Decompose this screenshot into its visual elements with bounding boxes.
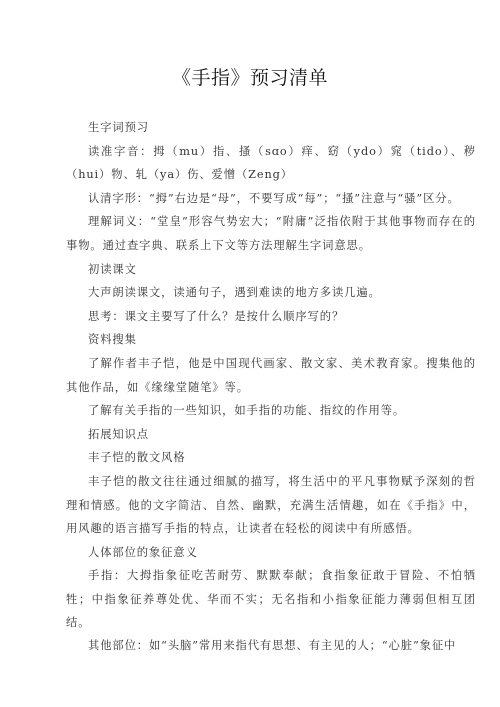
paragraph-fingers-symbolism: 手指：大拇指象征吃苦耐劳、默默奉献；食指象征敢于冒险、不怕牺牲；中指象征养尊处优… [66,564,476,635]
paragraph-other-parts: 其他部位：如“头脑”常用来指代有思想、有主见的人；“心脏”象征中 [66,637,476,655]
document-title: 《手指》预习清单 [0,63,500,90]
section-heading-vocab: 生字词预习 [66,116,476,140]
section-heading-research: 资料搜集 [66,328,476,352]
section-heading-first-reading: 初读课文 [66,258,476,282]
paragraph-pronunciation: 读准字音：拇（mu）指、搔（sɑo）痒、窈（ydo）窕（tido）、秽（hui）… [66,140,476,187]
paragraph-finger-knowledge: 了解有关手指的一些知识，如手指的功能、指纹的作用等。 [66,399,476,423]
document-body: 生字词预习 读准字音：拇（mu）指、搔（sɑo）痒、窈（ydo）窕（tido）、… [66,116,476,655]
paragraph-author: 了解作者丰子恺，他是中国现代画家、散文家、美术教育家。搜集他的其他作品，如《缘缘… [66,352,476,399]
document-page: 《手指》预习清单 生字词预习 读准字音：拇（mu）指、搔（sɑo）痒、窈（ydo… [0,0,500,707]
paragraph-word-meaning: 理解词义：“堂皇”形容气势宏大；“附庸”泛指依附于其他事物而存在的事物。通过查字… [66,210,476,257]
section-heading-extension: 拓展知识点 [66,423,476,447]
section-heading-symbolism: 人体部位的象征意义 [66,541,476,565]
paragraph-think: 思考：课文主要写了什么？是按什么顺序写的？ [66,305,476,329]
paragraph-prose-style: 丰子恺的散文往往通过细腻的描写，将生活中的平凡事物赋予深刻的哲理和情感。他的文字… [66,470,476,541]
paragraph-read-aloud: 大声朗读课文，读通句子，遇到难读的地方多读几遍。 [66,281,476,305]
section-heading-prose-style: 丰子恺的散文风格 [66,446,476,470]
paragraph-character-form: 认清字形：“拇”右边是“母”，不要写成“每”；“搔”注意与“骚”区分。 [66,187,476,211]
